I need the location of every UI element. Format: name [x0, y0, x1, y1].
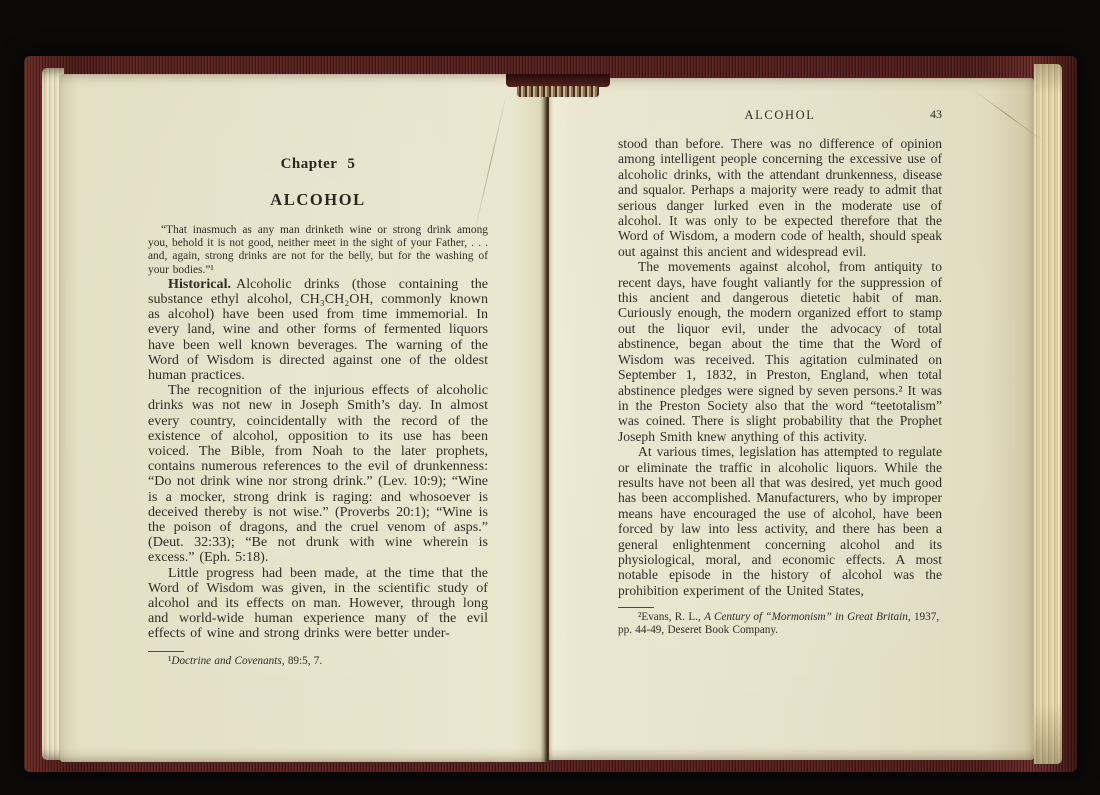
footnote-marker-author: ²Evans, R. L.,	[638, 611, 704, 623]
paragraph: Little progress had been made, at the ti…	[148, 566, 488, 642]
paragraph: The movements against alcohol, from anti…	[618, 259, 942, 444]
running-head-title: ALCOHOL	[745, 108, 816, 122]
footnote-italic-title: A Century of “Mormonism” in Great Britai…	[704, 611, 911, 623]
paragraph: The recognition of the injurious effects…	[148, 383, 488, 565]
spine-headband	[517, 86, 599, 97]
right-page: ALCOHOL 43 stood than before. There was …	[549, 78, 1034, 760]
page-edges-right	[1034, 64, 1062, 764]
left-page-text-block: Chapter 5 ALCOHOL “That inasmuch as any …	[148, 146, 488, 668]
page-number: 43	[930, 107, 942, 122]
footnote: ²Evans, R. L., A Century of “Mormonism” …	[618, 611, 942, 638]
running-head: ALCOHOL 43	[618, 106, 942, 122]
paragraph-historical: Historical.Alcoholic drinks (those conta…	[148, 277, 488, 383]
book-gutter	[540, 74, 553, 762]
footnote-rest: 89:5, 7.	[285, 655, 323, 667]
chapter-heading: Chapter 5	[148, 156, 488, 173]
right-page-text-block: ALCOHOL 43 stood than before. There was …	[618, 106, 942, 638]
left-page: Chapter 5 ALCOHOL “That inasmuch as any …	[60, 74, 547, 762]
chapter-title: ALCOHOL	[148, 190, 488, 210]
footnote-italic-title: Doctrine and Covenants,	[171, 655, 284, 667]
paragraph-continuation: stood than before. There was no differen…	[618, 136, 942, 259]
paragraph-text: Alcoholic drinks (those containing the s…	[148, 276, 488, 383]
paragraph: At various times, legislation has attemp…	[618, 444, 942, 598]
book-photograph: Chapter 5 ALCOHOL “That inasmuch as any …	[0, 0, 1100, 795]
footnote: ¹Doctrine and Covenants, 89:5, 7.	[148, 655, 488, 668]
footnote-rule	[618, 607, 654, 608]
footnote-rule	[148, 651, 184, 652]
epigraph: “That inasmuch as any man drinketh wine …	[148, 224, 488, 277]
paragraph-lead: Historical.	[168, 276, 231, 292]
